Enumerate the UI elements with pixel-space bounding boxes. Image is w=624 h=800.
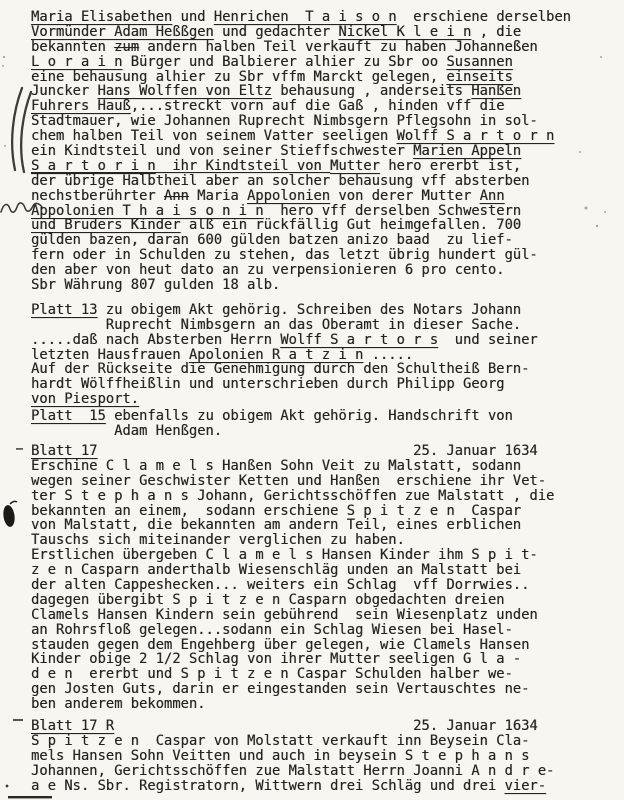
text-segment: a e Ns. Sbr. Registratorn, Wittwern drei… (31, 778, 504, 794)
ink-blot (2, 501, 17, 527)
entry-blatt-17: Blatt 17 25. Januar 1634Erschine C l a m… (31, 444, 624, 712)
text-line: S a r t o r i n ihr Kindtsteil von Mutte… (31, 159, 624, 174)
text-line: hardt Wölffheißlin und unterschrieben du… (31, 377, 624, 392)
struck-text: zum (114, 39, 139, 55)
text-segment: mels Hansen Sohn Veitten und auch in bey… (31, 748, 529, 764)
text-segment: fern oder in Schulden zu stehen, das let… (31, 247, 538, 263)
text-segment: nechstberührter (31, 188, 164, 204)
text-line: mels Hansen Sohn Veitten und auch in bey… (31, 749, 624, 764)
underlined-text: Wolff S a r t o r n (396, 128, 554, 144)
text-segment: Johannen, Gerichtsschöffen zue Malstatt … (31, 763, 554, 779)
underlined-text: Appolonien (247, 188, 330, 204)
text-segment: ..... (363, 347, 413, 363)
text-segment: hero ererbt ist, (380, 158, 521, 174)
text-segment: Erstlichen übergeben C l a m e l s Hanse… (31, 547, 538, 563)
text-segment: ben anderem bekommen. (31, 696, 205, 712)
text-segment: chem halben Teil von seinem Vatter seeli… (31, 128, 396, 144)
dash-mark-blatt-17 (16, 448, 23, 450)
text-segment: Stadtmauer, wie Johannen Ruprecht Nimbsg… (31, 113, 538, 129)
document-page: Maria Elisabethen und Henrichen T a i s … (0, 0, 624, 800)
text-line: ter S t e p h a n s Johann, Gerichtsschö… (31, 489, 624, 504)
text-segment: hardt Wölffheißlin und unterschrieben du… (31, 376, 504, 392)
text-segment (114, 718, 413, 734)
partial-underline-bottom-edge (8, 796, 52, 798)
text-line: bekannten zum andern halben Teil verkauf… (31, 40, 624, 55)
underlined-text: Henrichen T a i s o n (214, 9, 397, 25)
text-segment: 25. Januar 1634 (413, 443, 538, 459)
text-segment: und (172, 9, 214, 25)
underlined-text: von Piesport. (31, 391, 139, 407)
text-segment: von derer Mutter (330, 188, 480, 204)
text-line: Juncker Hans Wolffen von Eltz behausung … (31, 84, 624, 99)
underlined-text: Hanßen (471, 83, 521, 99)
underlined-text: vier- (504, 778, 546, 794)
entry-main-act: Maria Elisabethen und Henrichen T a i s … (31, 10, 624, 293)
underlined-text: Maria Elisabethen (31, 9, 172, 25)
entry-blatt-17r: Blatt 17 R 25. Januar 1634S p i t z e n … (31, 719, 624, 793)
text-segment: von Malstatt, die bekannten am andern Te… (31, 517, 521, 533)
text-line: Johannen, Gerichtsschöffen zue Malstatt … (31, 764, 624, 779)
text-segment: bekannten (31, 39, 114, 55)
underlined-text: einseits (446, 69, 512, 85)
text-segment: ein Kindtsteil und von seiner Stieffschw… (31, 143, 413, 159)
text-line: Platt 15 ebenfalls zu obigem Akt gehörig… (31, 409, 624, 424)
text-segment: Ruprecht Nimbsgern an das Oberamt in die… (31, 317, 521, 333)
text-segment: wegen seiner Geschwister Ketten und Hanß… (31, 473, 546, 489)
text-segment: letzten Hausfrauen (31, 347, 189, 363)
text-segment: Bürger und Balbierer alhier zu Sbr oo (122, 54, 446, 70)
underlined-text: Ann (480, 188, 505, 204)
text-line: der übrige Halbtheil aber an solcher beh… (31, 174, 624, 189)
text-segment: behausung vff absterben (330, 173, 529, 189)
text-segment: und gedachter (214, 24, 339, 40)
text-line: Blatt 17 25. Januar 1634 (31, 444, 624, 459)
text-line: Appolonien T h a i s o n i n hero vff de… (31, 204, 624, 219)
text-line: Stadtmauer, wie Johannen Ruprecht Nimbsg… (31, 114, 624, 129)
text-line: Tauschs sich miteinander verglichen zu h… (31, 533, 624, 548)
text-line: Clamels Hansen Kindern sein gebührend se… (31, 608, 624, 623)
text-line: an Rohrsfloß gelegen...sodann ein Schlag… (31, 623, 624, 638)
text-segment: und seiner (438, 332, 538, 348)
typewritten-text: Maria Elisabethen und Henrichen T a i s … (31, 10, 624, 793)
text-segment: , die (471, 24, 521, 40)
text-segment: 25. Januar 1634 (413, 718, 538, 734)
text-line: gen Josten Guts, darin er eingestanden s… (31, 682, 624, 697)
text-line: Sbr Währung 807 gulden 18 alb. (31, 278, 624, 293)
text-segment: alß ein rückfällig Gut heimgefallen. 700 (181, 217, 522, 233)
text-line: Kinder obige 2 1/2 Schlag von ihrer Mutt… (31, 652, 624, 667)
text-segment: dagegen übergibt S p i t z e n Casparn o… (31, 592, 504, 608)
text-segment (97, 443, 413, 459)
text-line: wegen seiner Geschwister Ketten und Hanß… (31, 474, 624, 489)
text-line: stauden gegen dem Engehberg über gelegen… (31, 638, 624, 653)
text-segment: bekannten an einem, sodann erschiene S p… (31, 503, 521, 519)
text-segment: z e n Casparn anderthalb Wiesenschläg un… (31, 562, 521, 578)
text-line: d e n ererbt und S p i t z e n Caspar Sc… (31, 667, 624, 682)
text-line: ein Kindtsteil und von seiner Stieffschw… (31, 144, 624, 159)
text-segment: Adam Henßgen. (31, 423, 222, 439)
text-segment: behausung , anderseits (272, 83, 471, 99)
text-line: der alten Cappeshecken... weiters ein Sc… (31, 578, 624, 593)
text-line: von Piesport. (31, 392, 624, 407)
text-line: Blatt 17 R 25. Januar 1634 (31, 719, 624, 734)
struck-text: Ann (164, 188, 189, 204)
text-line: und Bruders Kinder alß ein rückfällig Gu… (31, 218, 624, 233)
text-segment: erschiene derselben (397, 9, 571, 25)
text-segment: ,...streckt vorn auf die Gaß , hinden vf… (131, 98, 505, 114)
dash-mark-blatt-17r (13, 719, 23, 721)
text-segment: Erschine C l a m e l s Hanßen Sohn Veit … (31, 458, 521, 474)
text-line: ben anderem bekommen. (31, 697, 624, 712)
underlined-text: Platt 15 (31, 408, 106, 424)
text-line: Fuhrers Hauß,...streckt vorn auf die Gaß… (31, 99, 624, 114)
text-segment: eine behausung alhier zu Sbr vffm Marckt… (31, 69, 446, 85)
text-segment: Clamels Hansen Kindern sein gebührend se… (31, 607, 538, 623)
text-segment: stauden gegen dem Engehberg über gelegen… (31, 637, 529, 653)
text-line: Ruprecht Nimbsgern an das Oberamt in die… (31, 318, 624, 333)
underlined-text: Platt 13 (31, 302, 97, 318)
underlined-text: L o r a i n (31, 54, 122, 70)
text-line: Vormünder Adam Heßßgen und gedachter Nic… (31, 25, 624, 40)
text-line: dagegen übergibt S p i t z e n Casparn o… (31, 593, 624, 608)
note-platt-13: Platt 13 zu obigem Akt gehörig. Schreibe… (31, 303, 624, 407)
text-segment: der alten Cappeshecken... weiters ein Sc… (31, 577, 529, 593)
text-line: chem halben Teil von seinem Vatter seeli… (31, 129, 624, 144)
text-line: .....daß nach Absterben Herrn Wolff S a … (31, 333, 624, 348)
text-line: den aber von heut dato an zu verpensioni… (31, 263, 624, 278)
text-line: gülden bazen, daran 600 gülden batzen an… (31, 233, 624, 248)
text-segment: den aber von heut dato an zu verpensioni… (31, 262, 504, 278)
text-line: Erstlichen übergeben C l a m e l s Hanse… (31, 548, 624, 563)
text-segment: andern halben Teil verkauft zu haben Joh… (139, 39, 538, 55)
underlined-text: Susannen (446, 54, 512, 70)
underlined-text: Blatt 17 (31, 443, 97, 459)
underlined-text: Apolonien R a t z i n (189, 347, 363, 363)
text-segment: zu obigem Akt gehörig. Schreiben des Not… (97, 302, 521, 318)
dot-mark-last-line (6, 785, 9, 788)
text-segment: hero vff derselben Schwestern (264, 203, 522, 219)
text-segment: gülden bazen, daran 600 gülden batzen an… (31, 232, 513, 248)
text-line: fern oder in Schulden zu stehen, das let… (31, 248, 624, 263)
text-segment: Kinder obige 2 1/2 Schlag von ihrer Mutt… (31, 651, 521, 667)
underlined-text: Nickel K l e i n (338, 24, 471, 40)
text-segment: ter S t e p h a n s Johann, Gerichtsschö… (31, 488, 554, 504)
text-line: Erschine C l a m e l s Hanßen Sohn Veit … (31, 459, 624, 474)
note-platt-15: Platt 15 ebenfalls zu obigem Akt gehörig… (31, 409, 624, 439)
text-segment: an Rohrsfloß gelegen...sodann ein Schlag… (31, 622, 513, 638)
underlined-text: und Bruders Kinder (31, 217, 181, 233)
text-segment: der übrige Halbtheil aber an solcher (31, 173, 330, 189)
underlined-text: Marien Appeln (413, 143, 521, 159)
text-line: L o r a i n Bürger und Balbierer alhier … (31, 55, 624, 70)
text-line: bekannten an einem, sodann erschiene S p… (31, 504, 624, 519)
text-segment: S p i t z e n Caspar von Molstatt verkau… (31, 733, 529, 749)
text-line: Auf der Rückseite die Genehmigung durch … (31, 362, 624, 377)
text-line: nechstberührter Ann Maria Appolonien von… (31, 189, 624, 204)
underlined-text: Wolff S a r t o r s (280, 332, 438, 348)
text-segment: ihr Kindtsteil von (156, 158, 330, 174)
text-segment: Maria (189, 188, 247, 204)
text-line: S p i t z e n Caspar von Molstatt verkau… (31, 734, 624, 749)
double-stroke-annotation (12, 88, 31, 172)
text-line: z e n Casparn anderthalb Wiesenschläg un… (31, 563, 624, 578)
text-line: Platt 13 zu obigem Akt gehörig. Schreibe… (31, 303, 624, 318)
underlined-text: Vormünder Adam Heßßgen (31, 24, 214, 40)
text-segment: gen Josten Guts, darin er eingestanden s… (31, 681, 529, 697)
underlined-text: Hans Wolffen von Eltz (97, 83, 271, 99)
text-line: von Malstatt, die bekannten am andern Te… (31, 518, 624, 533)
underlined-text: Appolonien T h a i s o n i n (31, 203, 264, 219)
underlined-text: S a r t o r i n (31, 158, 156, 174)
underlined-text: Fuhrers Hauß (31, 98, 131, 114)
text-line: Adam Henßgen. (31, 424, 624, 439)
text-line: a e Ns. Sbr. Registratorn, Wittwern drei… (31, 779, 624, 794)
text-line: Maria Elisabethen und Henrichen T a i s … (31, 10, 624, 25)
text-segment: ebenfalls zu obigem Akt gehörig. Handsch… (106, 408, 513, 424)
text-segment: Auf der Rückseite die Genehmigung durch … (31, 361, 529, 377)
text-segment: .....daß nach Absterben Herrn (31, 332, 280, 348)
underlined-text: Blatt 17 R (31, 718, 114, 734)
underlined-text: Mutter (330, 158, 380, 174)
text-line: letzten Hausfrauen Apolonien R a t z i n… (31, 348, 624, 363)
text-segment: Sbr Währung 807 gulden 18 alb. (31, 277, 280, 293)
text-segment: d e n ererbt und S p i t z e n Caspar Sc… (31, 666, 513, 682)
text-segment: Tauschs sich miteinander verglichen zu h… (31, 532, 405, 548)
text-line: eine behausung alhier zu Sbr vffm Marckt… (31, 70, 624, 85)
text-segment: Juncker (31, 83, 97, 99)
